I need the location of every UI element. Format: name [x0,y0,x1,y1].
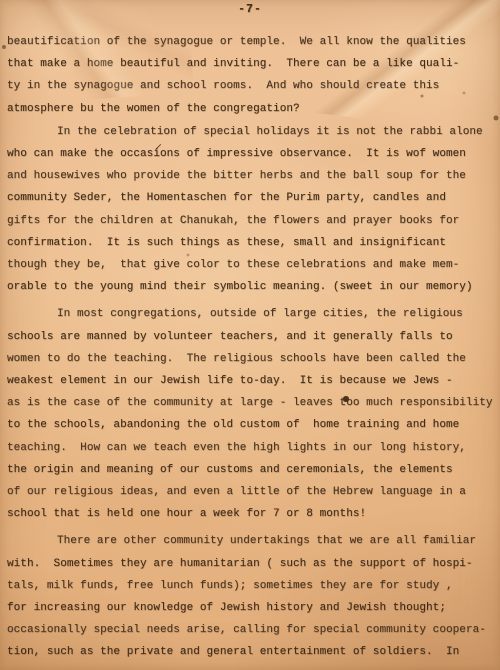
text-line: school that is held one hour a week for … [7,503,495,525]
text-line: gifts for the children at Chanukah, the … [7,210,495,232]
text-line: teaching. How can we teach even the high… [7,437,495,459]
text-line: of our religious ideas, and even a littl… [7,481,495,503]
text-line: beautification of the synagogue or templ… [7,31,495,53]
text-line: There are other community undertakings t… [7,530,495,552]
paper-speckles [0,0,2,2]
text-line: In most congregations, outside of large … [7,303,495,325]
paragraph: In most congregations, outside of large … [7,303,495,525]
text-line: women to do the teaching. The religious … [7,348,495,370]
text-line: who can make the occasions of impressive… [7,143,495,165]
text-line: though they be, that give color to these… [7,254,495,276]
typewritten-page: -7- beautification of the synagogue or t… [0,0,500,670]
text-line: for increasing our knowledge of Jewish h… [7,597,495,619]
text-line: In the celebration of special holidays i… [7,121,495,143]
text-line: community Seder, the Homentaschen for th… [7,187,495,209]
text-line: weakest element in our Jewish life to-da… [7,370,495,392]
text-line: occasionally special needs arise, callin… [7,619,495,641]
text-line: schools are manned by volunteer teachers… [7,326,495,348]
text-line: atmosphere bu the women of the congregat… [7,98,495,120]
paragraph: There are other community undertakings t… [7,530,495,663]
text-line: the origin and meaning of our customs an… [7,459,495,481]
paragraph: In the celebration of special holidays i… [7,121,495,299]
text-line: orable to the young mind their symbolic … [7,276,495,298]
text-line: confirmation. It is such things as these… [7,232,495,254]
text-line: to the schools, abandoning the old custo… [7,414,495,436]
text-body: beautification of the synagogue or templ… [7,31,495,664]
text-line: and housewives who provide the bitter he… [7,165,495,187]
text-line: ty in the synagogue and school rooms. An… [7,75,495,97]
text-line: tals, milk funds, free lunch funds); som… [7,575,495,597]
text-line: tion, such as the private and general en… [7,641,495,663]
page-number: -7- [0,3,500,16]
text-line: as is the case of the community at large… [7,392,495,414]
paragraph: beautification of the synagogue or templ… [7,31,495,120]
text-line: with. Sometimes they are humanitarian ( … [7,553,495,575]
text-line: that make a home beautiful and inviting.… [7,53,495,75]
